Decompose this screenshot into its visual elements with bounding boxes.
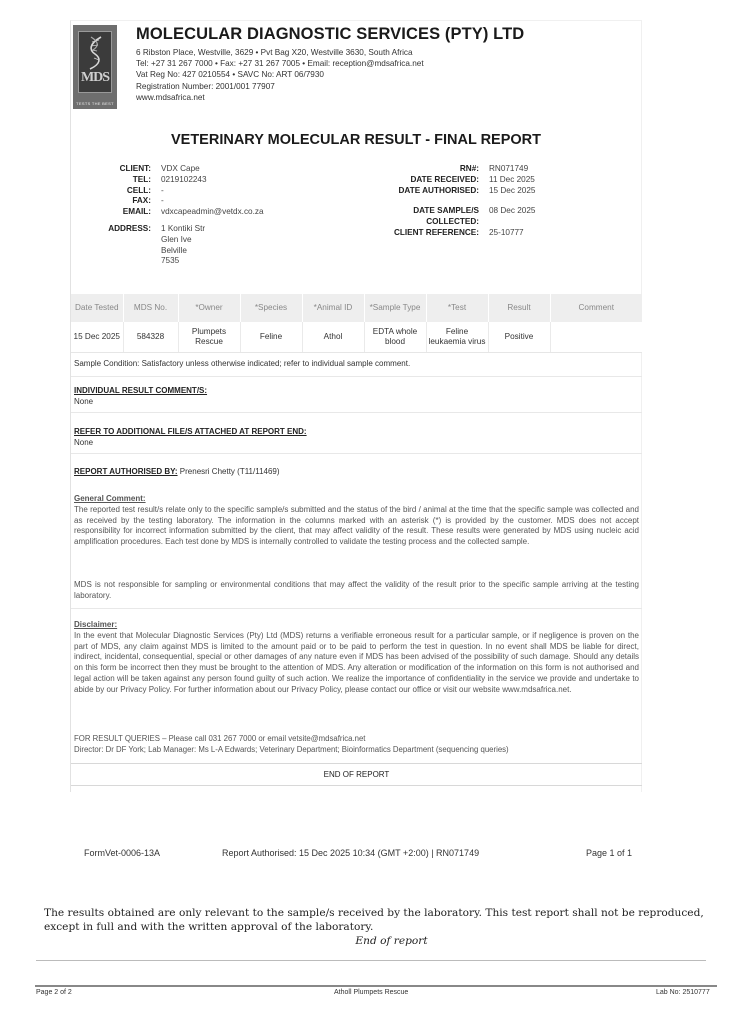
company-name: MOLECULAR DIAGNOSTIC SERVICES (PTY) LTD	[136, 25, 524, 44]
lab-number: Lab No: 2510777	[656, 989, 710, 996]
staff-line: Director: Dr DF York; Lab Manager: Ms L-…	[74, 744, 639, 755]
col-sample-type: *Sample Type	[364, 294, 426, 322]
general-comment-section: General Comment: The reported test resul…	[71, 494, 642, 548]
address-line: 1 Kontiki Str	[161, 224, 205, 235]
sample-condition: Sample Condition: Satisfactory unless ot…	[71, 357, 642, 377]
col-comment: Comment	[550, 294, 642, 322]
report-authorised-footer: Report Authorised: 15 Dec 2025 10:34 (GM…	[222, 848, 479, 858]
company-logo: MDS TESTS THE BEST	[73, 25, 117, 109]
general-comment-text-2: MDS is not responsible for sampling or e…	[71, 580, 642, 609]
additional-files-heading: REFER TO ADDITIONAL FILE/S ATTACHED AT R…	[74, 426, 639, 437]
authorised-by-heading: REPORT AUTHORISED BY:	[74, 467, 178, 476]
individual-comments-heading: INDIVIDUAL RESULT COMMENT/S:	[74, 385, 639, 396]
client-reference-label: CLIENT REFERENCE:	[371, 228, 479, 239]
table-row: 15 Dec 2025 584328 Plumpets Rescue Felin…	[71, 322, 642, 352]
date-collected-label: DATE SAMPLE/SCOLLECTED:	[371, 206, 479, 228]
report-title: VETERINARY MOLECULAR RESULT - FINAL REPO…	[71, 132, 641, 148]
table-header-row: Date Tested MDS No. *Owner *Species *Ani…	[71, 294, 642, 322]
company-registration: Registration Number: 2001/001 77907	[136, 81, 524, 92]
email-label: EMAIL:	[81, 207, 151, 218]
address-line: Glen Ive	[161, 235, 205, 246]
lab-note-text: The results obtained are only relevant t…	[44, 906, 709, 934]
queries-line: FOR RESULT QUERIES – Please call 031 267…	[74, 733, 639, 744]
report-page: MDS TESTS THE BEST MOLECULAR DIAGNOSTIC …	[70, 20, 642, 792]
cell-label: CELL:	[81, 186, 151, 197]
col-mds-no: MDS No.	[123, 294, 178, 322]
individual-comments-section: INDIVIDUAL RESULT COMMENT/S: None	[71, 385, 642, 413]
cell-value: -	[151, 186, 164, 197]
date-received-value: 11 Dec 2025	[479, 175, 535, 186]
company-website[interactable]: www.mdsafrica.net	[136, 92, 524, 103]
rn-value: RN071749	[479, 164, 528, 175]
address-line: Belville	[161, 246, 205, 257]
company-contact: Tel: +27 31 267 7000 • Fax: +27 31 267 7…	[136, 58, 524, 69]
patient-name: Atholl Plumpets Rescue	[334, 989, 408, 996]
address-label: ADDRESS:	[81, 224, 151, 267]
disclaimer-section: Disclaimer: In the event that Molecular …	[71, 620, 642, 696]
address-value: 1 Kontiki Str Glen Ive Belville 7535	[151, 224, 205, 267]
tel-value: 0219102243	[151, 175, 207, 186]
additional-files-section: REFER TO ADDITIONAL FILE/S ATTACHED AT R…	[71, 426, 642, 454]
email-value: vdxcapeadmin@vetdx.co.za	[151, 207, 264, 218]
report-meta: RN#:RN071749 DATE RECEIVED:11 Dec 2025 D…	[371, 164, 535, 239]
logo-text: MDS	[79, 70, 111, 86]
client-reference-value: 25-10777	[479, 228, 524, 239]
company-header: MOLECULAR DIAGNOSTIC SERVICES (PTY) LTD …	[136, 25, 524, 103]
client-value: VDX Cape	[151, 164, 200, 175]
disclaimer-heading: Disclaimer:	[74, 620, 639, 631]
additional-files-value: None	[74, 437, 639, 448]
address-line: 7535	[161, 256, 205, 267]
date-collected-value: 08 Dec 2025	[479, 206, 535, 228]
cell-comment	[550, 322, 642, 352]
individual-comments-value: None	[74, 396, 639, 407]
col-result: Result	[488, 294, 550, 322]
form-code: FormVet-0006-13A	[84, 848, 160, 858]
cell-test: Feline leukaemia virus	[426, 322, 488, 352]
cell-owner: Plumpets Rescue	[178, 322, 240, 352]
date-received-label: DATE RECEIVED:	[371, 175, 479, 186]
logo-tagline: TESTS THE BEST	[73, 101, 117, 106]
authorised-by-section: REPORT AUTHORISED BY: Prenesri Chetty (T…	[71, 466, 642, 490]
report-page-number: Page 1 of 1	[586, 848, 632, 858]
col-species: *Species	[240, 294, 302, 322]
authorised-by-value: Prenesri Chetty (T11/11469)	[180, 467, 280, 476]
date-authorised-label: DATE AUTHORISED:	[371, 186, 479, 197]
col-test: *Test	[426, 294, 488, 322]
col-date-tested: Date Tested	[71, 294, 123, 322]
dna-helix-icon	[85, 36, 105, 70]
cell-result: Positive	[488, 322, 550, 352]
general-comment-text: The reported test result/s relate only t…	[74, 505, 639, 548]
footer-divider	[35, 985, 717, 987]
end-of-report-bar: END OF REPORT	[71, 763, 642, 786]
client-label: CLIENT:	[81, 164, 151, 175]
results-table: Date Tested MDS No. *Owner *Species *Ani…	[71, 294, 642, 353]
general-comment-heading: General Comment:	[74, 494, 639, 505]
company-address: 6 Ribston Place, Westville, 3629 • Pvt B…	[136, 47, 524, 58]
tel-label: TEL:	[81, 175, 151, 186]
disclaimer-text: In the event that Molecular Diagnostic S…	[74, 631, 639, 696]
date-authorised-value: 15 Dec 2025	[479, 186, 535, 197]
rn-label: RN#:	[371, 164, 479, 175]
lab-note: The results obtained are only relevant t…	[44, 906, 709, 948]
divider	[36, 960, 706, 961]
fax-label: FAX:	[81, 196, 151, 207]
fax-value: -	[151, 196, 164, 207]
col-animal-id: *Animal ID	[302, 294, 364, 322]
company-vat: Vat Reg No: 427 0210554 • SAVC No: ART 0…	[136, 69, 524, 80]
cell-animal-id: Athol	[302, 322, 364, 352]
cell-sample-type: EDTA whole blood	[364, 322, 426, 352]
cell-date-tested: 15 Dec 2025	[71, 322, 123, 352]
cell-species: Feline	[240, 322, 302, 352]
col-owner: *Owner	[178, 294, 240, 322]
lab-note-end: End of report	[44, 934, 709, 948]
client-details: CLIENT:VDX Cape TEL:0219102243 CELL:- FA…	[81, 164, 264, 267]
cell-mds-no: 584328	[123, 322, 178, 352]
queries-section: FOR RESULT QUERIES – Please call 031 267…	[71, 733, 642, 763]
page-number: Page 2 of 2	[36, 989, 72, 996]
